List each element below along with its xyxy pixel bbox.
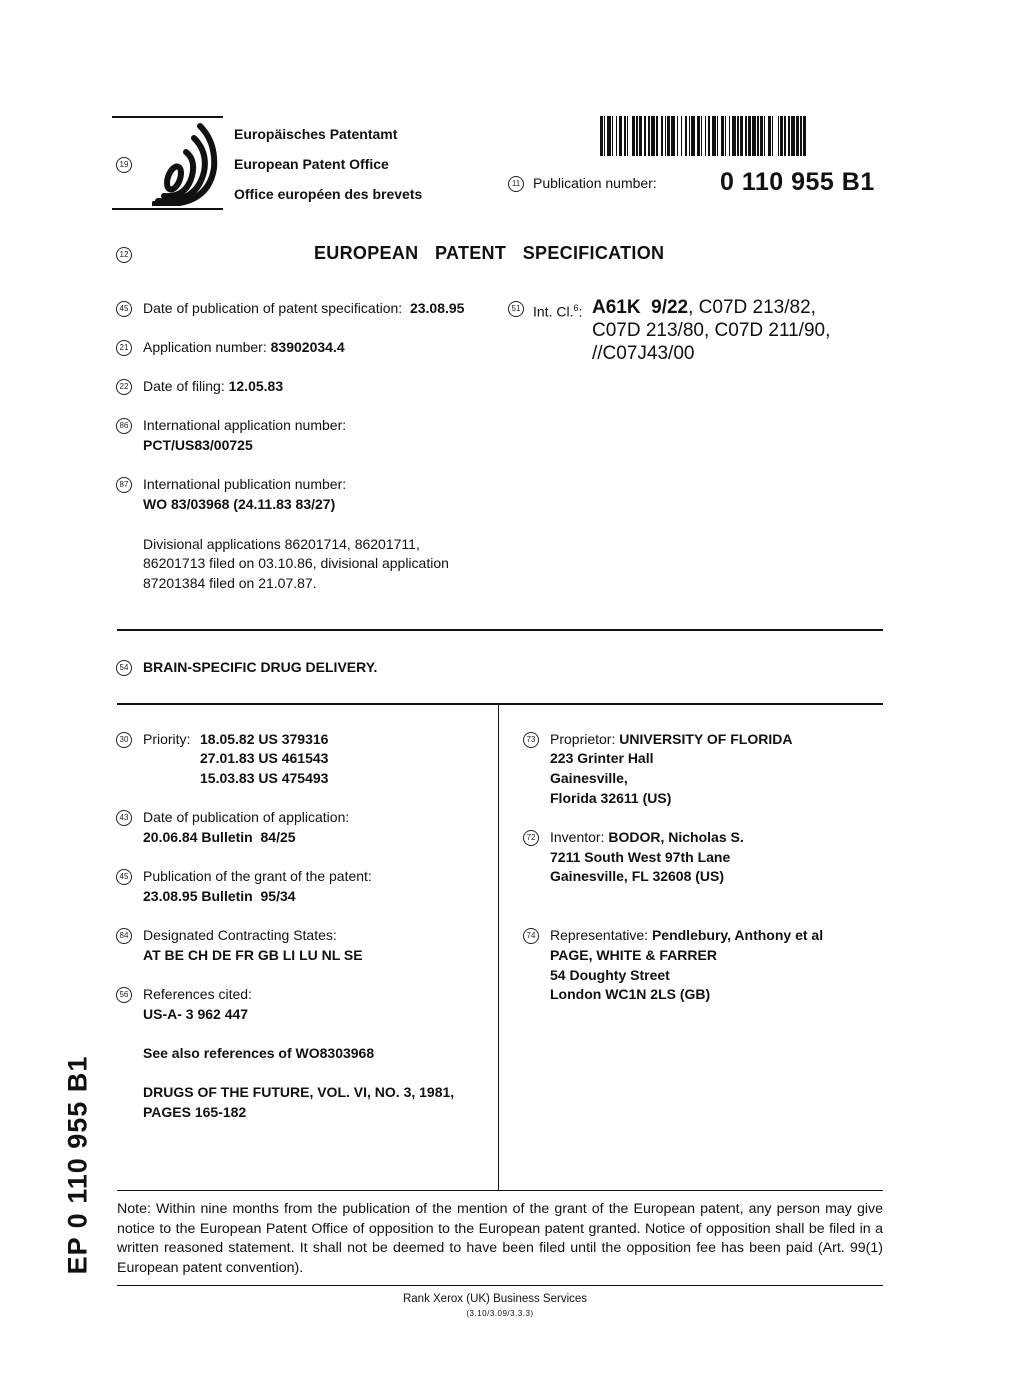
reference-1: US-A- 3 962 447 [143, 1005, 248, 1025]
inid-code-72: 72 [523, 830, 539, 846]
footer-rule [117, 1285, 883, 1286]
inid-code-56: 56 [116, 987, 132, 1003]
pub-date-field: Date of publication of patent specificat… [143, 299, 464, 319]
intl-app-label: International application number: [143, 416, 346, 436]
proprietor-address-2: Gainesville, [550, 769, 628, 789]
section-rule-2 [117, 703, 883, 705]
barcode [600, 116, 883, 156]
states-label: Designated Contracting States: [143, 926, 337, 946]
app-number-label: Application number: [143, 339, 267, 355]
reference-4: PAGES 165-182 [143, 1103, 246, 1123]
representative-address-3: London WC1N 2LS (GB) [550, 985, 710, 1005]
app-number-value: 83902034.4 [271, 339, 345, 355]
column-divider [498, 704, 499, 1191]
pub-date-label: Date of publication of patent specificat… [143, 300, 402, 316]
proprietor-address-1: 223 Grinter Hall [550, 749, 654, 769]
inventor-name: BODOR, Nicholas S. [608, 829, 743, 845]
document-type-title: EUROPEAN PATENT SPECIFICATION [314, 243, 664, 264]
inid-code-54: 54 [116, 660, 132, 676]
intl-app-value: PCT/US83/00725 [143, 436, 253, 456]
proprietor-field: Proprietor: UNIVERSITY OF FLORIDA [550, 730, 792, 750]
int-cl-label: Int. Cl.6: [533, 299, 582, 322]
publication-number-label: Publication number: [533, 174, 657, 194]
filing-date-field: Date of filing: 12.05.83 [143, 377, 283, 397]
app-pub-label: Date of publication of application: [143, 808, 349, 828]
intl-pub-value: WO 83/03968 (24.11.83 83/27) [143, 495, 335, 515]
header-rule-top [112, 116, 223, 118]
representative-address-1: PAGE, WHITE & FARRER [550, 946, 717, 966]
printer-credit: Rank Xerox (UK) Business Services [0, 1293, 990, 1305]
priority-value-2: 27.01.83 US 461543 [200, 749, 328, 769]
inventor-field: Inventor: BODOR, Nicholas S. [550, 828, 744, 848]
divisional-line-2: 86201713 filed on 03.10.86, divisional a… [143, 554, 449, 574]
inid-code-22: 22 [116, 379, 132, 395]
opposition-note: Note: Within nine months from the public… [117, 1200, 883, 1278]
office-name-en: European Patent Office [234, 156, 389, 172]
printer-code: (3.10/3.09/3.3.3) [0, 1309, 1000, 1318]
side-publication-label: EP 0 110 955 B1 [63, 1056, 94, 1275]
invention-title: BRAIN-SPECIFIC DRUG DELIVERY. [143, 658, 377, 678]
pub-date-value: 23.08.95 [410, 300, 465, 316]
inid-code-45b: 45 [116, 869, 132, 885]
inventor-address-2: Gainesville, FL 32608 (US) [550, 867, 724, 887]
filing-date-label: Date of filing: [143, 378, 225, 394]
int-cl-line-3: //C07J43/00 [592, 342, 694, 365]
int-cl-main: A61K 9/22 [592, 297, 688, 318]
representative-address-2: 54 Doughty Street [550, 966, 670, 986]
reference-2: See also references of WO8303968 [143, 1044, 374, 1064]
inid-code-43: 43 [116, 810, 132, 826]
representative-name: Pendlebury, Anthony et al [652, 927, 823, 943]
priority-label: Priority: [143, 730, 190, 750]
app-number-field: Application number: 83902034.4 [143, 338, 345, 358]
header-rule-bottom [112, 208, 223, 210]
section-rule-3 [117, 1190, 883, 1191]
epo-logo-icon [152, 122, 222, 206]
divisional-line-1: Divisional applications 86201714, 862017… [143, 535, 420, 555]
office-name-fr: Office européen des brevets [234, 186, 422, 202]
priority-value-1: 18.05.82 US 379316 [200, 730, 328, 750]
inid-code-19: 19 [116, 157, 132, 173]
grant-pub-value: 23.08.95 Bulletin 95/34 [143, 887, 296, 907]
section-rule-1 [117, 629, 883, 631]
app-pub-value: 20.06.84 Bulletin 84/25 [143, 828, 296, 848]
inid-code-84: 84 [116, 928, 132, 944]
inid-code-11: 11 [508, 176, 524, 192]
inid-code-86: 86 [116, 418, 132, 434]
proprietor-address-3: Florida 32611 (US) [550, 789, 671, 809]
office-name-de: Europäisches Patentamt [234, 126, 397, 142]
inid-code-73: 73 [523, 732, 539, 748]
publication-number: 0 110 955 B1 [720, 168, 875, 197]
inid-code-21: 21 [116, 340, 132, 356]
reference-3: DRUGS OF THE FUTURE, VOL. VI, NO. 3, 198… [143, 1083, 454, 1103]
filing-date-value: 12.05.83 [229, 378, 284, 394]
inid-code-12: 12 [116, 247, 132, 263]
proprietor-name: UNIVERSITY OF FLORIDA [619, 731, 792, 747]
intl-pub-label: International publication number: [143, 475, 346, 495]
inid-code-74: 74 [523, 928, 539, 944]
grant-pub-label: Publication of the grant of the patent: [143, 867, 372, 887]
inventor-address-1: 7211 South West 97th Lane [550, 848, 730, 868]
inid-code-87: 87 [116, 477, 132, 493]
priority-value-3: 15.03.83 US 475493 [200, 769, 328, 789]
references-label: References cited: [143, 985, 252, 1005]
inid-code-45: 45 [116, 301, 132, 317]
divisional-line-3: 87201384 filed on 21.07.87. [143, 574, 317, 594]
states-value: AT BE CH DE FR GB LI LU NL SE [143, 946, 363, 966]
representative-field: Representative: Pendlebury, Anthony et a… [550, 926, 823, 946]
inid-code-30: 30 [116, 732, 132, 748]
inid-code-51: 51 [508, 301, 524, 317]
int-cl-line-1: A61K 9/22, C07D 213/82, [592, 296, 816, 319]
int-cl-line-2: C07D 213/80, C07D 211/90, [592, 319, 830, 342]
